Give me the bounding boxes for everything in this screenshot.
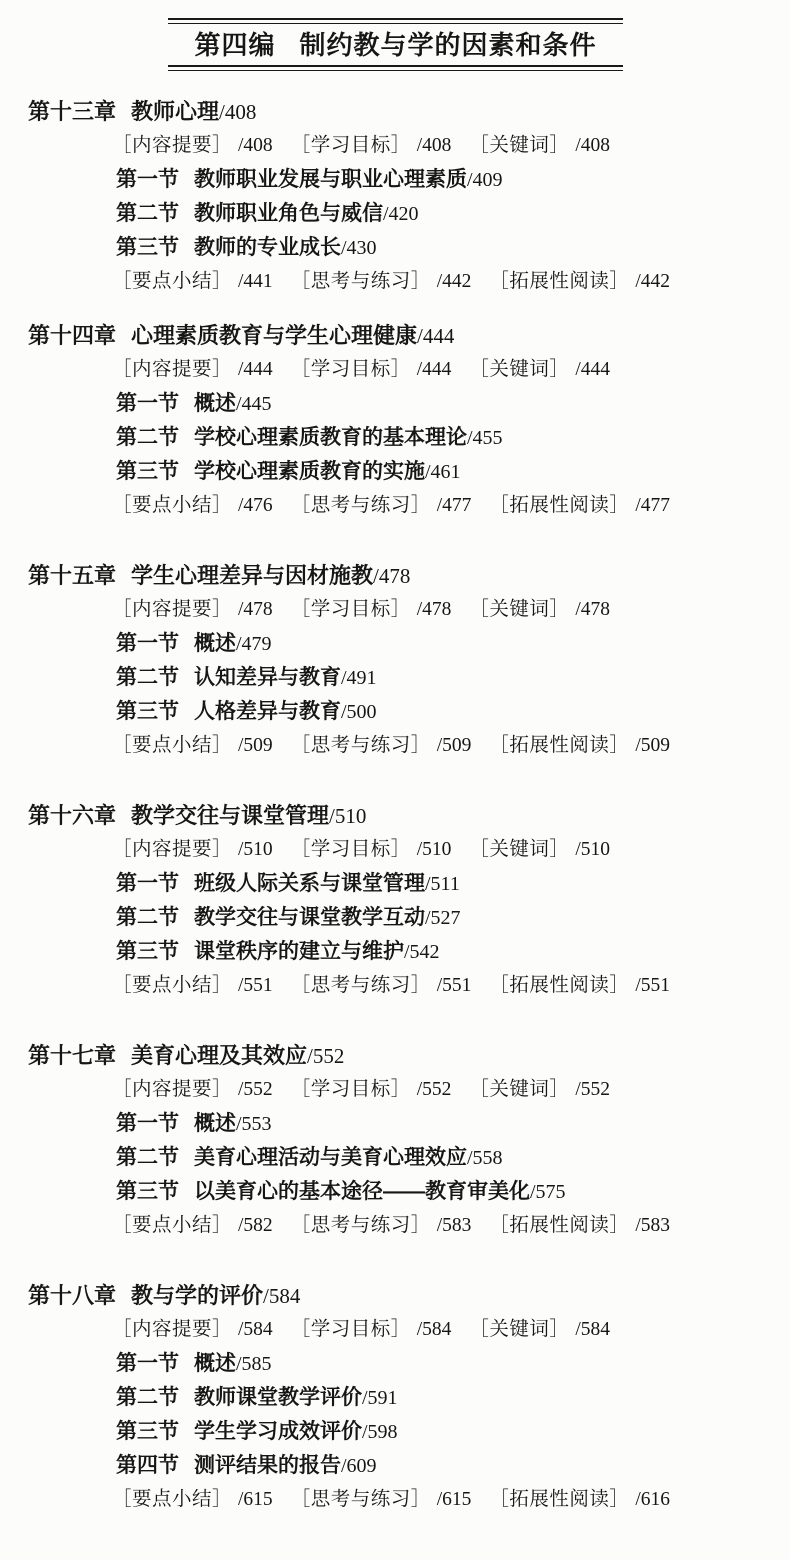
meta-label: ［拓展性阅读］ (489, 271, 629, 292)
meta-label: ［思考与练习］ (291, 1489, 431, 1510)
meta-item: ［拓展性阅读］/509 (489, 735, 670, 756)
chapter-heading: 第十八章教与学的评价/584 (28, 1279, 790, 1313)
section-title: 概述 (194, 1112, 236, 1135)
meta-item: ［内容提要］/584 (112, 1319, 273, 1340)
meta-page-number: /478 (238, 599, 273, 620)
chapter-heading: 第十七章美育心理及其效应/552 (28, 1039, 790, 1073)
meta-item: ［学习目标］/444 (291, 359, 452, 380)
meta-page-number: /583 (437, 1215, 472, 1236)
meta-label: ［学习目标］ (291, 1079, 411, 1100)
meta-label: ［内容提要］ (112, 1319, 232, 1340)
meta-item: ［要点小结］/615 (112, 1489, 273, 1510)
section-title: 教师的专业成长 (194, 236, 341, 259)
meta-label: ［拓展性阅读］ (489, 1489, 629, 1510)
section-entry: 第一节概述/553 (116, 1107, 790, 1141)
meta-item: ［内容提要］/444 (112, 359, 273, 380)
section-number: 第一节 (116, 872, 179, 895)
chapter-number: 第十四章 (28, 323, 116, 348)
meta-item: ［要点小结］/582 (112, 1215, 273, 1236)
meta-page-number: /510 (417, 839, 452, 860)
section-page-number: /527 (425, 907, 461, 929)
chapter-page-number: /510 (329, 804, 366, 828)
chapter-block: 第十七章美育心理及其效应/552［内容提要］/552［学习目标］/552［关键词… (28, 1039, 790, 1243)
chapter-title: 教学交往与课堂管理 (131, 803, 329, 828)
meta-page-number: /584 (575, 1319, 610, 1340)
section-entry: 第一节教师职业发展与职业心理素质/409 (116, 163, 790, 197)
chapter-page-number: /408 (219, 100, 256, 124)
meta-item: ［内容提要］/408 (112, 135, 273, 156)
meta-page-number: /552 (238, 1079, 273, 1100)
section-page-number: /409 (467, 169, 503, 191)
chapter-meta-top-line: ［内容提要］/408［学习目标］/408［关键词］/408 (112, 129, 790, 163)
meta-item: ［要点小结］/476 (112, 495, 273, 516)
chapter-meta-top-line: ［内容提要］/584［学习目标］/584［关键词］/584 (112, 1313, 790, 1347)
meta-label: ［关键词］ (469, 135, 569, 156)
meta-label: ［拓展性阅读］ (489, 1215, 629, 1236)
meta-page-number: /551 (437, 975, 472, 996)
chapter-meta-bottom-line: ［要点小结］/441［思考与练习］/442［拓展性阅读］/442 (112, 265, 790, 299)
meta-page-number: /408 (238, 135, 273, 156)
meta-page-number: /442 (635, 271, 670, 292)
meta-page-number: /408 (417, 135, 452, 156)
meta-label: ［关键词］ (469, 839, 569, 860)
meta-page-number: /478 (417, 599, 452, 620)
chapter-meta-bottom-line: ［要点小结］/615［思考与练习］/615［拓展性阅读］/616 (112, 1483, 790, 1517)
meta-item: ［内容提要］/478 (112, 599, 273, 620)
part-number: 第四编 (194, 30, 275, 60)
meta-item: ［关键词］/510 (469, 839, 610, 860)
section-number: 第三节 (116, 700, 179, 723)
section-entry: 第二节教师课堂教学评价/591 (116, 1381, 790, 1415)
section-number: 第二节 (116, 202, 179, 225)
meta-label: ［内容提要］ (112, 1079, 232, 1100)
meta-item: ［拓展性阅读］/616 (489, 1489, 670, 1510)
section-page-number: /420 (383, 203, 419, 225)
section-number: 第一节 (116, 392, 179, 415)
meta-item: ［内容提要］/510 (112, 839, 273, 860)
section-page-number: /598 (362, 1421, 398, 1443)
meta-item: ［思考与练习］/615 (291, 1489, 472, 1510)
meta-item: ［要点小结］/551 (112, 975, 273, 996)
section-title: 教师课堂教学评价 (194, 1386, 362, 1409)
meta-label: ［关键词］ (469, 1319, 569, 1340)
meta-item: ［关键词］/444 (469, 359, 610, 380)
meta-label: ［内容提要］ (112, 359, 232, 380)
chapter-block: 第十八章教与学的评价/584［内容提要］/584［学习目标］/584［关键词］/… (28, 1279, 790, 1517)
part-title-text: 制约教与学的因素和条件 (300, 30, 597, 60)
meta-label: ［要点小结］ (112, 1489, 232, 1510)
chapter-block: 第十四章心理素质教育与学生心理健康/444［内容提要］/444［学习目标］/44… (28, 319, 790, 523)
section-title: 学生学习成效评价 (194, 1420, 362, 1443)
section-title: 以美育心的基本途径——教育审美化 (194, 1180, 530, 1203)
meta-label: ［要点小结］ (112, 975, 232, 996)
section-number: 第三节 (116, 1180, 179, 1203)
section-entry: 第四节测评结果的报告/609 (116, 1449, 790, 1483)
meta-label: ［拓展性阅读］ (489, 975, 629, 996)
meta-label: ［内容提要］ (112, 135, 232, 156)
meta-page-number: /616 (635, 1489, 670, 1510)
chapter-block: 第十六章教学交往与课堂管理/510［内容提要］/510［学习目标］/510［关键… (28, 799, 790, 1003)
chapter-meta-bottom-line: ［要点小结］/509［思考与练习］/509［拓展性阅读］/509 (112, 729, 790, 763)
section-page-number: /575 (530, 1181, 566, 1203)
section-page-number: /430 (341, 237, 377, 259)
chapter-meta-top-line: ［内容提要］/478［学习目标］/478［关键词］/478 (112, 593, 790, 627)
meta-label: ［要点小结］ (112, 1215, 232, 1236)
section-number: 第三节 (116, 236, 179, 259)
chapter-page-number: /478 (373, 564, 410, 588)
section-number: 第二节 (116, 1146, 179, 1169)
section-number: 第一节 (116, 1352, 179, 1375)
chapter-meta-top-line: ［内容提要］/552［学习目标］/552［关键词］/552 (112, 1073, 790, 1107)
meta-item: ［思考与练习］/477 (291, 495, 472, 516)
meta-item: ［拓展性阅读］/583 (489, 1215, 670, 1236)
meta-page-number: /444 (238, 359, 273, 380)
section-title: 课堂秩序的建立与维护 (194, 940, 404, 963)
chapter-meta-bottom-line: ［要点小结］/551［思考与练习］/551［拓展性阅读］/551 (112, 969, 790, 1003)
section-entry: 第一节班级人际关系与课堂管理/511 (116, 867, 790, 901)
section-title: 学校心理素质教育的基本理论 (194, 426, 467, 449)
meta-page-number: /552 (575, 1079, 610, 1100)
meta-label: ［内容提要］ (112, 839, 232, 860)
meta-label: ［关键词］ (469, 1079, 569, 1100)
meta-item: ［思考与练习］/583 (291, 1215, 472, 1236)
meta-item: ［要点小结］/509 (112, 735, 273, 756)
meta-label: ［思考与练习］ (291, 495, 431, 516)
section-title: 概述 (194, 632, 236, 655)
chapter-title: 学生心理差异与因材施教 (131, 563, 373, 588)
meta-item: ［关键词］/552 (469, 1079, 610, 1100)
meta-label: ［要点小结］ (112, 495, 232, 516)
meta-page-number: /441 (238, 271, 273, 292)
chapter-meta-top-line: ［内容提要］/510［学习目标］/510［关键词］/510 (112, 833, 790, 867)
section-page-number: /500 (341, 701, 377, 723)
section-title: 美育心理活动与美育心理效应 (194, 1146, 467, 1169)
chapter-heading: 第十六章教学交往与课堂管理/510 (28, 799, 790, 833)
meta-page-number: /552 (417, 1079, 452, 1100)
toc-chapters: 第十三章教师心理/408［内容提要］/408［学习目标］/408［关键词］/40… (0, 95, 790, 1517)
meta-page-number: /509 (635, 735, 670, 756)
meta-label: ［思考与练习］ (291, 735, 431, 756)
meta-label: ［内容提要］ (112, 599, 232, 620)
meta-page-number: /477 (437, 495, 472, 516)
meta-page-number: /510 (238, 839, 273, 860)
section-number: 第二节 (116, 426, 179, 449)
section-number: 第二节 (116, 1386, 179, 1409)
meta-label: ［思考与练习］ (291, 1215, 431, 1236)
section-page-number: /542 (404, 941, 440, 963)
section-number: 第二节 (116, 666, 179, 689)
section-page-number: /479 (236, 633, 272, 655)
section-page-number: /455 (467, 427, 503, 449)
section-entry: 第二节教师职业角色与威信/420 (116, 197, 790, 231)
part-title: 第四编制约教与学的因素和条件 (168, 24, 623, 65)
chapter-number: 第十七章 (28, 1043, 116, 1068)
meta-item: ［学习目标］/478 (291, 599, 452, 620)
meta-label: ［关键词］ (469, 599, 569, 620)
chapter-number: 第十八章 (28, 1283, 116, 1308)
section-entry: 第一节概述/445 (116, 387, 790, 421)
section-title: 认知差异与教育 (194, 666, 341, 689)
meta-page-number: /442 (437, 271, 472, 292)
meta-item: ［要点小结］/441 (112, 271, 273, 292)
chapter-page-number: /584 (263, 1284, 300, 1308)
section-number: 第一节 (116, 168, 179, 191)
section-entry: 第三节人格差异与教育/500 (116, 695, 790, 729)
section-number: 第三节 (116, 1420, 179, 1443)
chapter-title: 教师心理 (131, 99, 219, 124)
section-entry: 第三节学生学习成效评价/598 (116, 1415, 790, 1449)
meta-item: ［内容提要］/552 (112, 1079, 273, 1100)
meta-item: ［拓展性阅读］/477 (489, 495, 670, 516)
section-number: 第一节 (116, 1112, 179, 1135)
chapter-title: 教与学的评价 (131, 1283, 263, 1308)
meta-label: ［要点小结］ (112, 735, 232, 756)
meta-page-number: /476 (238, 495, 273, 516)
section-number: 第一节 (116, 632, 179, 655)
section-page-number: /591 (362, 1387, 398, 1409)
scanned-toc-page: { "page": { "part": { "label": "第四编", "t… (0, 0, 790, 1560)
meta-item: ［思考与练习］/551 (291, 975, 472, 996)
section-entry: 第三节课堂秩序的建立与维护/542 (116, 935, 790, 969)
section-page-number: /558 (467, 1147, 503, 1169)
chapter-meta-bottom-line: ［要点小结］/476［思考与练习］/477［拓展性阅读］/477 (112, 489, 790, 523)
chapter-meta-bottom-line: ［要点小结］/582［思考与练习］/583［拓展性阅读］/583 (112, 1209, 790, 1243)
section-entry: 第二节认知差异与教育/491 (116, 661, 790, 695)
meta-item: ［拓展性阅读］/551 (489, 975, 670, 996)
section-title: 概述 (194, 392, 236, 415)
chapter-meta-top-line: ［内容提要］/444［学习目标］/444［关键词］/444 (112, 353, 790, 387)
meta-label: ［学习目标］ (291, 599, 411, 620)
section-number: 第二节 (116, 906, 179, 929)
meta-label: ［要点小结］ (112, 271, 232, 292)
section-entry: 第一节概述/585 (116, 1347, 790, 1381)
meta-label: ［学习目标］ (291, 135, 411, 156)
section-page-number: /445 (236, 393, 272, 415)
section-entry: 第三节学校心理素质教育的实施/461 (116, 455, 790, 489)
chapter-title: 美育心理及其效应 (131, 1043, 307, 1068)
meta-page-number: /582 (238, 1215, 273, 1236)
meta-item: ［关键词］/584 (469, 1319, 610, 1340)
meta-page-number: /509 (238, 735, 273, 756)
meta-page-number: /583 (635, 1215, 670, 1236)
chapter-number: 第十六章 (28, 803, 116, 828)
section-entry: 第二节教学交往与课堂教学互动/527 (116, 901, 790, 935)
meta-page-number: /510 (575, 839, 610, 860)
chapter-heading: 第十三章教师心理/408 (28, 95, 790, 129)
meta-page-number: /478 (575, 599, 610, 620)
section-entry: 第三节教师的专业成长/430 (116, 231, 790, 265)
meta-item: ［学习目标］/552 (291, 1079, 452, 1100)
chapter-number: 第十三章 (28, 99, 116, 124)
meta-label: ［学习目标］ (291, 1319, 411, 1340)
section-number: 第三节 (116, 460, 179, 483)
section-page-number: /553 (236, 1113, 272, 1135)
meta-page-number: /615 (437, 1489, 472, 1510)
section-title: 学校心理素质教育的实施 (194, 460, 425, 483)
meta-item: ［思考与练习］/442 (291, 271, 472, 292)
section-page-number: /511 (425, 873, 460, 895)
chapter-page-number: /444 (417, 324, 454, 348)
section-number: 第四节 (116, 1454, 179, 1477)
meta-page-number: /584 (417, 1319, 452, 1340)
chapter-page-number: /552 (307, 1044, 344, 1068)
section-title: 班级人际关系与课堂管理 (194, 872, 425, 895)
chapter-heading: 第十四章心理素质教育与学生心理健康/444 (28, 319, 790, 353)
section-entry: 第二节美育心理活动与美育心理效应/558 (116, 1141, 790, 1175)
chapter-block: 第十三章教师心理/408［内容提要］/408［学习目标］/408［关键词］/40… (28, 95, 790, 299)
chapter-number: 第十五章 (28, 563, 116, 588)
meta-page-number: /444 (575, 359, 610, 380)
meta-label: ［学习目标］ (291, 359, 411, 380)
section-title: 测评结果的报告 (194, 1454, 341, 1477)
meta-page-number: /408 (575, 135, 610, 156)
section-number: 第三节 (116, 940, 179, 963)
meta-label: ［思考与练习］ (291, 271, 431, 292)
meta-page-number: /444 (417, 359, 452, 380)
bottom-double-rule (168, 65, 623, 71)
chapter-title: 心理素质教育与学生心理健康 (131, 323, 417, 348)
meta-label: ［拓展性阅读］ (489, 495, 629, 516)
section-title: 教师职业角色与威信 (194, 202, 383, 225)
section-title: 教学交往与课堂教学互动 (194, 906, 425, 929)
section-entry: 第一节概述/479 (116, 627, 790, 661)
meta-page-number: /477 (635, 495, 670, 516)
meta-page-number: /551 (635, 975, 670, 996)
part-title-box: 第四编制约教与学的因素和条件 (168, 18, 623, 71)
meta-item: ［学习目标］/510 (291, 839, 452, 860)
section-entry: 第二节学校心理素质教育的基本理论/455 (116, 421, 790, 455)
meta-label: ［学习目标］ (291, 839, 411, 860)
meta-label: ［思考与练习］ (291, 975, 431, 996)
meta-item: ［拓展性阅读］/442 (489, 271, 670, 292)
meta-item: ［思考与练习］/509 (291, 735, 472, 756)
meta-label: ［关键词］ (469, 359, 569, 380)
meta-label: ［拓展性阅读］ (489, 735, 629, 756)
section-page-number: /609 (341, 1455, 377, 1477)
section-title: 人格差异与教育 (194, 700, 341, 723)
meta-page-number: /509 (437, 735, 472, 756)
chapter-block: 第十五章学生心理差异与因材施教/478［内容提要］/478［学习目标］/478［… (28, 559, 790, 763)
meta-page-number: /584 (238, 1319, 273, 1340)
section-title: 概述 (194, 1352, 236, 1375)
section-page-number: /585 (236, 1353, 272, 1375)
section-title: 教师职业发展与职业心理素质 (194, 168, 467, 191)
meta-page-number: /615 (238, 1489, 273, 1510)
section-entry: 第三节以美育心的基本途径——教育审美化/575 (116, 1175, 790, 1209)
meta-item: ［学习目标］/584 (291, 1319, 452, 1340)
chapter-heading: 第十五章学生心理差异与因材施教/478 (28, 559, 790, 593)
meta-item: ［关键词］/408 (469, 135, 610, 156)
section-page-number: /461 (425, 461, 461, 483)
section-page-number: /491 (341, 667, 377, 689)
meta-item: ［学习目标］/408 (291, 135, 452, 156)
meta-page-number: /551 (238, 975, 273, 996)
meta-item: ［关键词］/478 (469, 599, 610, 620)
